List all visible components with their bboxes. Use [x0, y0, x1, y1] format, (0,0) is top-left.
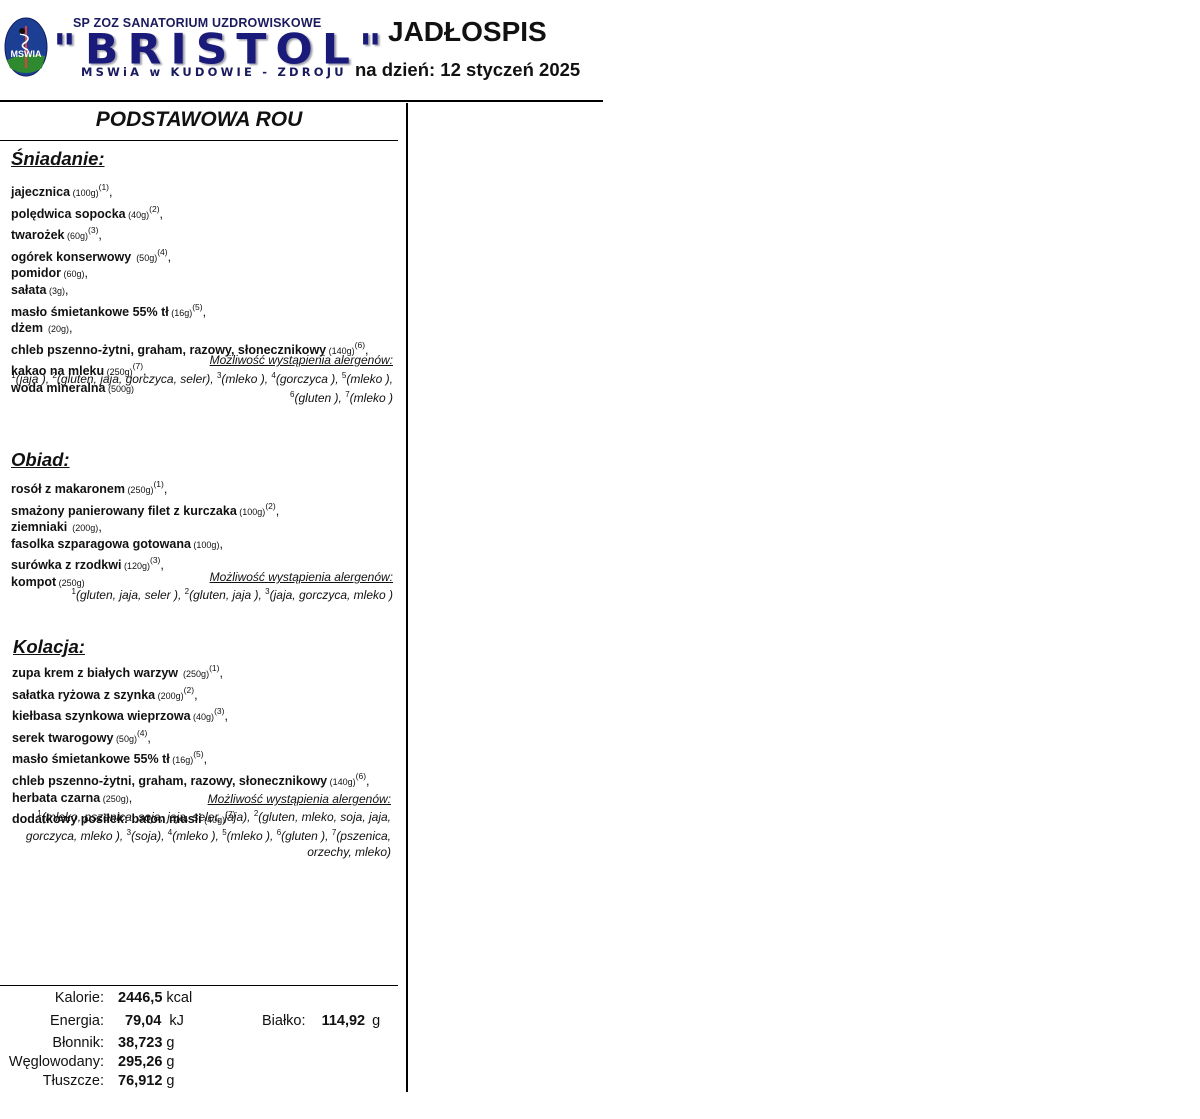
allergen-list-dinner: 1(mleko, pszenica, soja, jaja, seler, ja…	[12, 806, 391, 860]
nutrition-protein: Białko: 114,92 g	[262, 1013, 380, 1029]
menu-item: jajecznica (100g)(1),	[11, 180, 369, 202]
menu-item: zupa krem z białych warzyw (250g)(1),	[12, 661, 370, 683]
meal-title-dinner: Kolacja:	[13, 636, 85, 658]
allergen-heading-lunch: Możliwość wystąpienia alergenów:	[210, 570, 393, 584]
menu-item: pomidor (60g),	[11, 266, 369, 283]
menu-date: na dzień: 12 styczeń 2025	[355, 59, 580, 81]
menu-item: fasolka szparagowa gotowana (100g),	[11, 537, 279, 554]
nutrition-fiber: Błonnik: 38,723 g	[0, 1035, 175, 1051]
allergen-list-breakfast: 1(jaja ), 2(gluten, jaja, gorczyca, sele…	[8, 368, 393, 406]
allergen-list-lunch: 1(gluten, jaja, seler ), 2(gluten, jaja …	[8, 584, 393, 603]
diet-divider	[0, 140, 398, 141]
nutrition-energy: Energia: 79,04 kJ	[0, 1013, 184, 1029]
menu-item: serek twarogowy (50g)(4),	[12, 726, 370, 748]
menu-item: chleb pszenno-żytni, graham, razowy, sło…	[12, 769, 370, 791]
menu-item: smażony panierowany filet z kurczaka (10…	[11, 499, 279, 521]
nutrition-divider	[0, 985, 398, 986]
nutrition-carbs: Węglowodany: 295,26 g	[0, 1054, 175, 1070]
menu-item: twarożek (60g)(3),	[11, 223, 369, 245]
menu-item: masło śmietankowe 55% tł (16g)(5),	[11, 300, 369, 322]
menu-item: dżem (20g),	[11, 321, 369, 338]
diet-name: PODSTAWOWA ROU	[0, 108, 398, 132]
logo: MSWIA	[4, 16, 48, 78]
location-line: MSWiA w KUDOWIE - ZDROJU	[81, 65, 347, 79]
allergen-heading-dinner: Możliwość wystąpienia alergenów:	[208, 792, 391, 806]
menu-item: ogórek konserwowy (50g)(4),	[11, 245, 369, 267]
nutrition-calories: Kalorie: 2446,5 kcal	[0, 990, 192, 1006]
menu-item: sałatka ryżowa z szynka (200g)(2),	[12, 683, 370, 705]
meal-title-breakfast: Śniadanie:	[11, 148, 105, 170]
allergen-heading-breakfast: Możliwość wystąpienia alergenów:	[210, 353, 393, 367]
menu-item: sałata (3g),	[11, 283, 369, 300]
menu-item: masło śmietankowe 55% tł (16g)(5),	[12, 747, 370, 769]
header-divider	[0, 100, 603, 102]
nutrition-fat: Tłuszcze: 76,912 g	[0, 1073, 175, 1089]
document-title: JADŁOSPIS	[388, 16, 547, 48]
column-divider	[406, 103, 408, 1092]
meal-title-lunch: Obiad:	[11, 449, 70, 471]
menu-item: ziemniaki (200g),	[11, 520, 279, 537]
menu-item: kiełbasa szynkowa wieprzowa (40g)(3),	[12, 704, 370, 726]
menu-item: rosół z makaronem (250g)(1),	[11, 477, 279, 499]
menu-item: polędwica sopocka (40g)(2),	[11, 202, 369, 224]
mswia-emblem-icon: MSWIA	[4, 16, 48, 78]
svg-text:MSWIA: MSWIA	[11, 49, 42, 59]
